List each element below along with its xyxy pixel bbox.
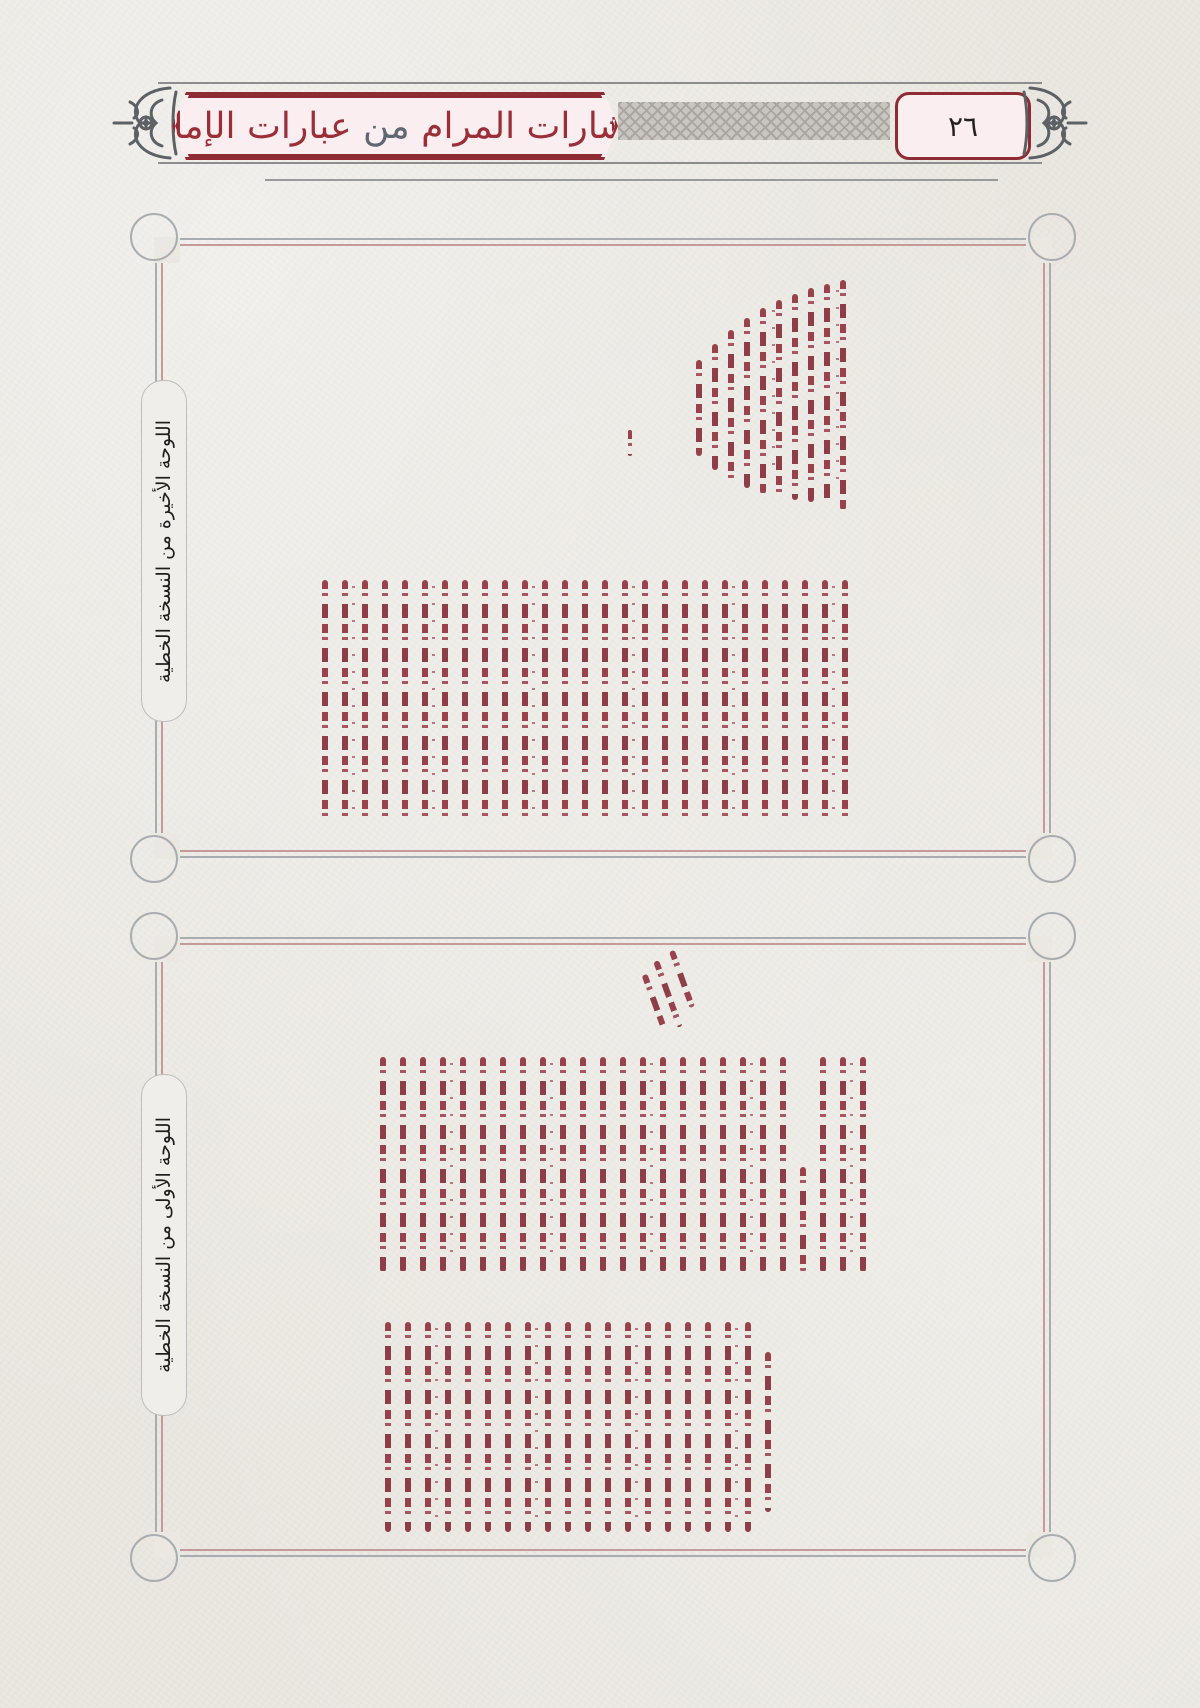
book-title: إشارات المرام من عبارات الإمام xyxy=(151,106,639,147)
manuscript-plate-first: اللوحة الأولى من النسخة الخطية xyxy=(155,937,1051,1557)
header-top-rule xyxy=(158,82,1042,84)
header-underline-rule xyxy=(265,179,998,181)
book-title-part-1: إشارات المرام xyxy=(421,106,639,147)
header-bottom-rule xyxy=(158,162,1042,164)
page-number: ٢٦ xyxy=(948,110,978,143)
manuscript-colophon xyxy=(612,280,852,510)
frame-corner xyxy=(154,1532,180,1558)
manuscript-plate-last: اللوحة الأخيرة من النسخة الخطية xyxy=(155,238,1051,858)
frame-corner xyxy=(1026,237,1052,263)
book-title-cartouche: إشارات المرام من عبارات الإمام xyxy=(172,92,618,160)
manuscript-margin-note xyxy=(637,949,697,1039)
plate-caption: اللوحة الأولى من النسخة الخطية xyxy=(153,1117,175,1373)
frame-corner xyxy=(1026,1532,1052,1558)
frame-corner xyxy=(154,936,180,962)
lattice-band xyxy=(618,102,890,140)
page-header: إشارات المرام من عبارات الإمام ٢٦ xyxy=(110,80,1090,180)
frame-corner xyxy=(154,833,180,859)
arabesque-ornament-icon xyxy=(1018,80,1090,166)
book-title-part-2: من xyxy=(363,106,410,147)
page-number-cartouche: ٢٦ xyxy=(895,92,1031,160)
manuscript-text-block xyxy=(307,580,852,820)
frame-corner xyxy=(1026,833,1052,859)
manuscript-text-block-upper xyxy=(375,1057,870,1272)
plate-caption: اللوحة الأخيرة من النسخة الخطية xyxy=(153,420,175,683)
arabesque-ornament-icon xyxy=(110,80,182,166)
frame-corner xyxy=(154,237,180,263)
plate-caption-tab: اللوحة الأخيرة من النسخة الخطية xyxy=(141,380,187,722)
plate-caption-tab: اللوحة الأولى من النسخة الخطية xyxy=(141,1074,187,1416)
manuscript-text-block-lower xyxy=(375,1322,775,1532)
book-title-part-3: عبارات الإمام xyxy=(151,106,352,147)
frame-corner xyxy=(1026,936,1052,962)
